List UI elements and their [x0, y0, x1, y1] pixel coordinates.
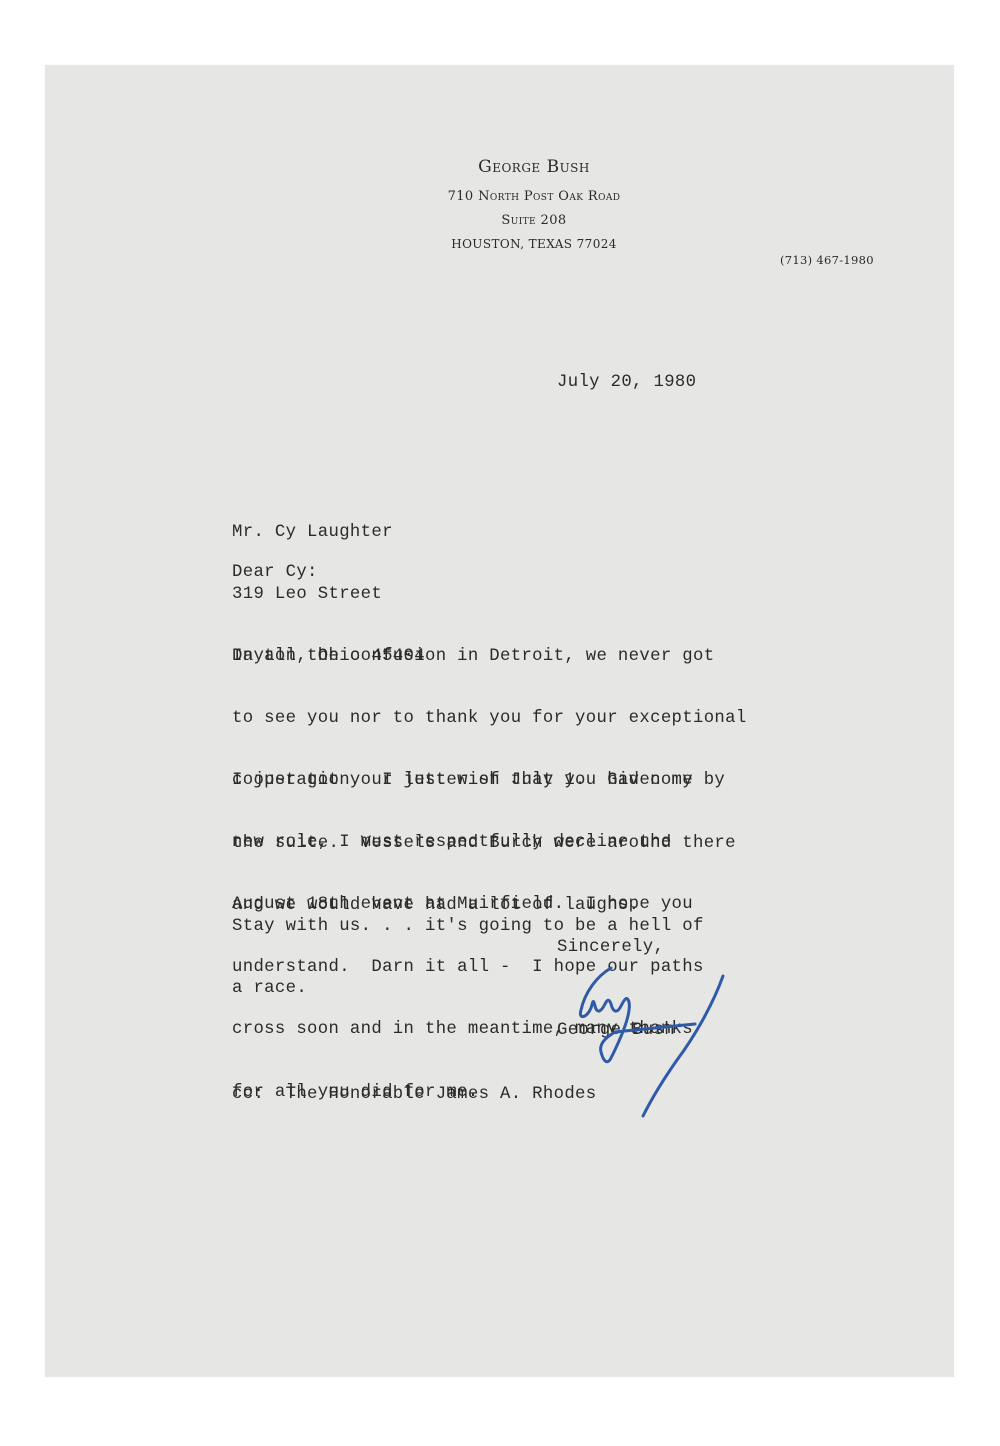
letterhead-name: George Bush [418, 157, 650, 177]
letterhead-city: HOUSTON, TEXAS 77024 [358, 237, 710, 251]
closing: Sincerely, [557, 938, 664, 959]
paragraph-line: to see you nor to thank you for your exc… [232, 709, 747, 730]
letter-paper: George Bush 710 North Post Oak Road Suit… [45, 65, 954, 1377]
cc-line: cc: The Honorable James A. Rhodes [232, 1085, 597, 1106]
letter-date: July 20, 1980 [557, 373, 696, 394]
paragraph-line: I just got your letter of July 1. Given … [232, 771, 704, 792]
letterhead-phone: (713) 467-1980 [780, 253, 874, 267]
paragraph-line: In all the confusion in Detroit, we neve… [232, 647, 747, 668]
recipient-street: 319 Leo Street [232, 585, 425, 606]
letterhead-street: 710 North Post Oak Road [358, 189, 710, 204]
salutation: Dear Cy: [232, 563, 318, 584]
paragraph-line: Stay with us. . . it's going to be a hel… [232, 917, 704, 938]
paragraph-line: new role, I must respectfully decline th… [232, 833, 704, 854]
recipient-name: Mr. Cy Laughter [232, 523, 425, 544]
letterhead-suite: Suite 208 [358, 213, 710, 228]
